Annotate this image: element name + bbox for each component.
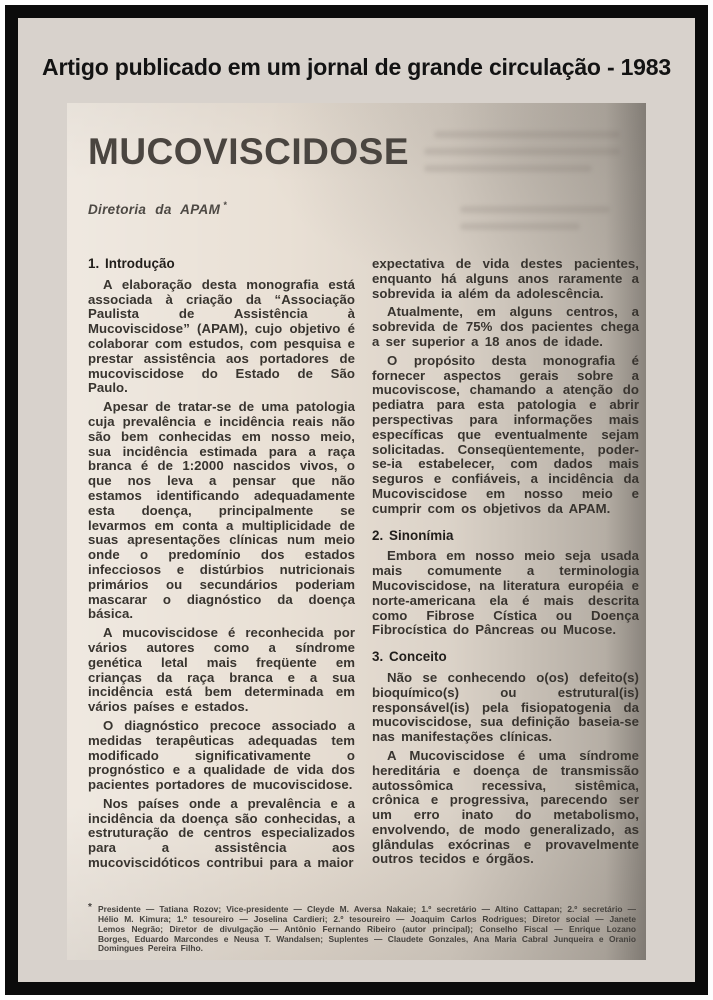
- article-content: MUCOVISCIDOSE Diretoria da APAM* 1. Intr…: [67, 103, 646, 875]
- paragraph: O propósito desta monografia é fornecer …: [372, 354, 639, 517]
- section-heading-conceito: 3. Conceito: [372, 650, 639, 665]
- paragraph: expectativa de vida destes pacientes, en…: [372, 257, 639, 301]
- left-column: 1. Introdução A elaboração desta monogra…: [88, 257, 355, 875]
- paragraph: A Mucoviscidose é uma síndrome hereditár…: [372, 749, 639, 867]
- paragraph: Atualmente, em alguns centros, a sobrevi…: [372, 305, 639, 349]
- article-columns: 1. Introdução A elaboração desta monogra…: [88, 257, 639, 875]
- section-heading-sinonimia: 2. Sinonímia: [372, 529, 639, 544]
- paragraph: Embora em nosso meio seja usada mais com…: [372, 549, 639, 638]
- board-footnote: * Presidente — Tatiana Rozov; Vice-presi…: [88, 905, 636, 954]
- right-column: expectativa de vida destes pacientes, en…: [372, 257, 639, 875]
- image-caption: Artigo publicado em um jornal de grande …: [18, 54, 695, 81]
- byline-text: Diretoria da APAM: [88, 202, 220, 217]
- section-heading-introducao: 1. Introdução: [88, 257, 355, 272]
- article-title: MUCOVISCIDOSE: [88, 131, 639, 173]
- footnote-text: Presidente — Tatiana Rozov; Vice-preside…: [98, 904, 636, 953]
- paragraph: A mucoviscidose é reconhecida por vários…: [88, 626, 355, 715]
- article-byline: Diretoria da APAM*: [88, 200, 639, 217]
- paragraph: Nos países onde a prevalência e a incidê…: [88, 797, 355, 871]
- paragraph: A elaboração desta monografia está assoc…: [88, 278, 355, 396]
- footnote-marker: *: [88, 903, 92, 913]
- black-photo-frame: Artigo publicado em um jornal de grande …: [5, 5, 708, 995]
- paragraph: Não se conhecendo o(os) defeito(s) bioqu…: [372, 671, 639, 745]
- scanned-article-page: MUCOVISCIDOSE Diretoria da APAM* 1. Intr…: [67, 103, 646, 960]
- byline-footnote-marker: *: [223, 200, 227, 210]
- paragraph: Apesar de tratar-se de uma patologia cuj…: [88, 400, 355, 622]
- paragraph: O diagnóstico precoce associado a medida…: [88, 719, 355, 793]
